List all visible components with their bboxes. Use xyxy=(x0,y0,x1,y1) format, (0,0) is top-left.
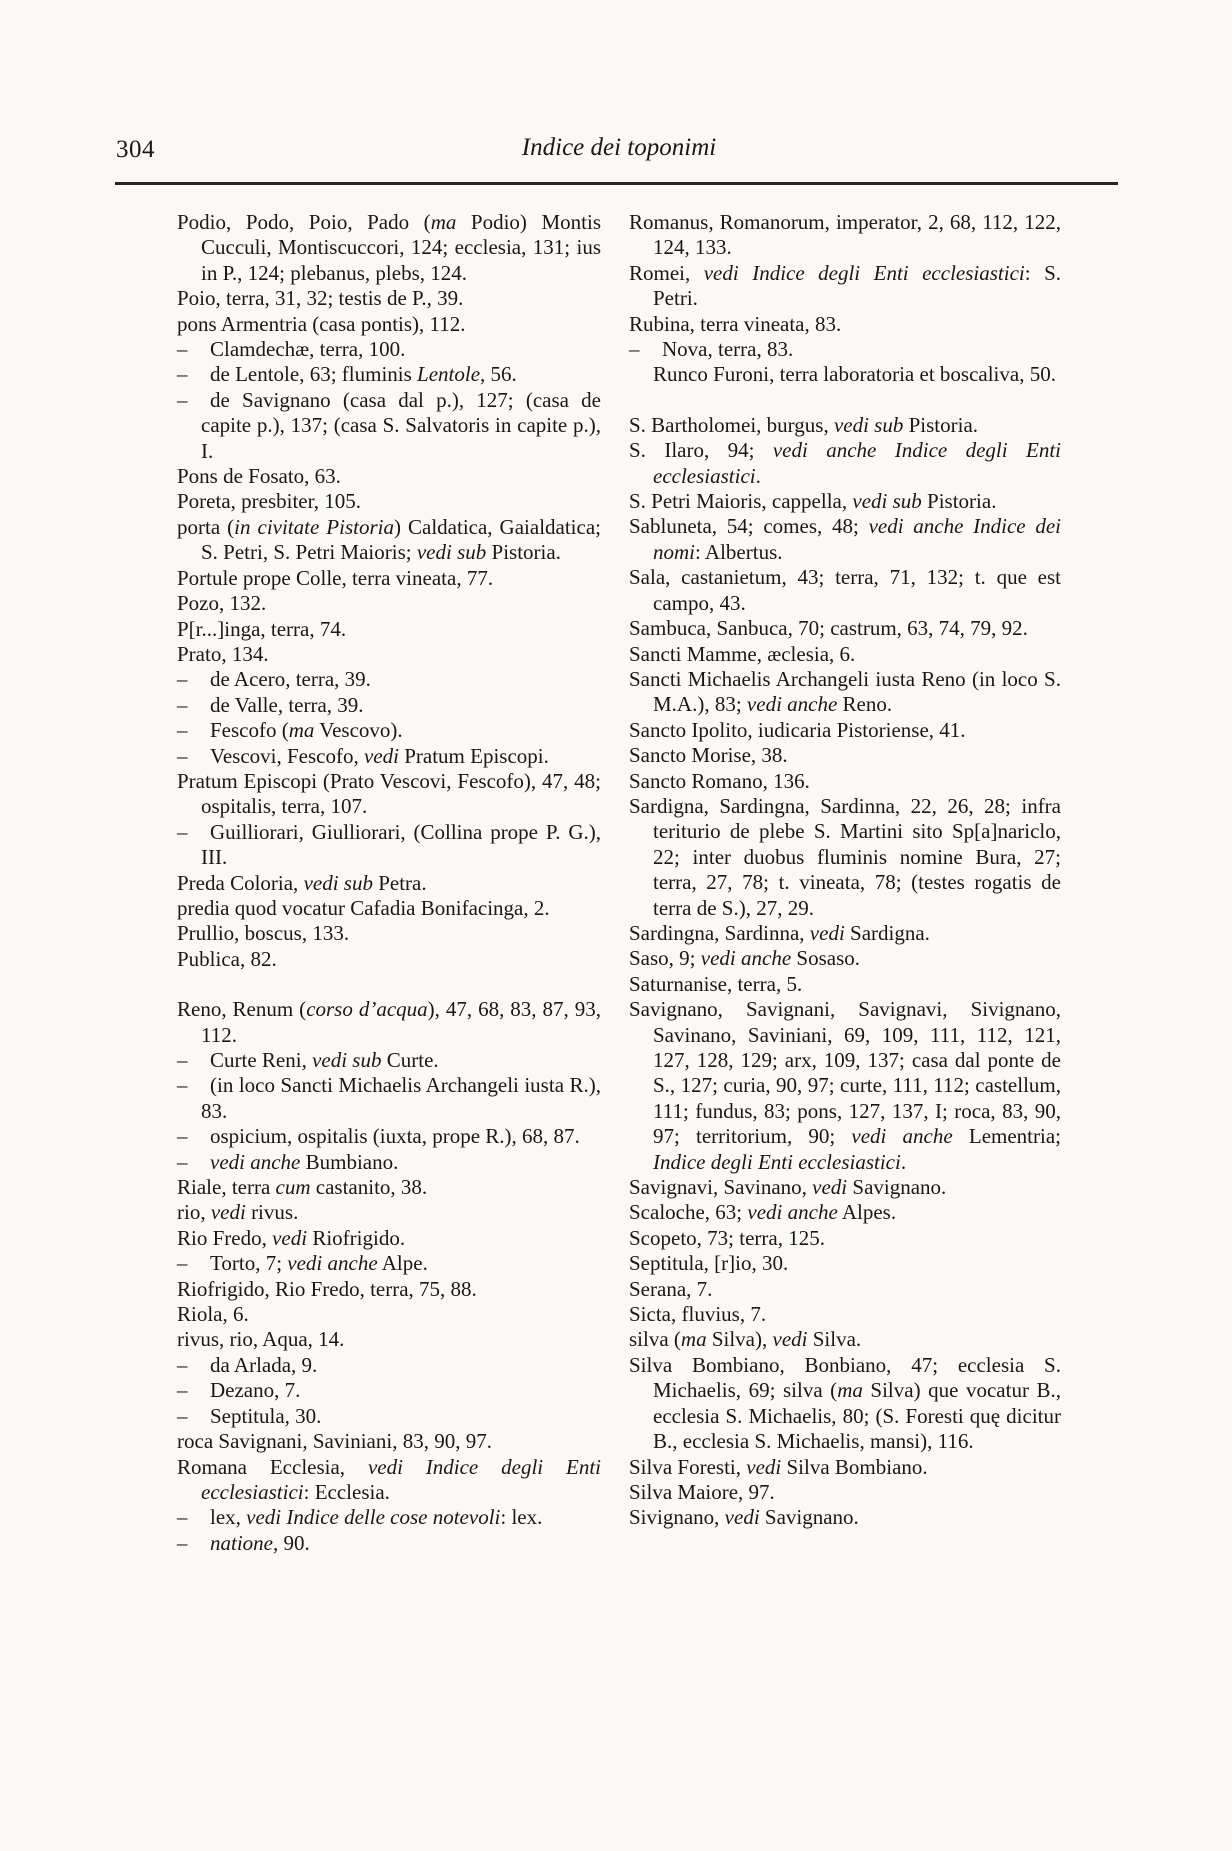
dash-marker: – xyxy=(177,1378,210,1403)
index-entry: Savignavi, Savinano, vedi Savignano. xyxy=(629,1175,1061,1200)
dash-marker: – xyxy=(177,1353,210,1378)
index-entry: –ospicium, ospitalis (iuxta, prope R.), … xyxy=(177,1124,601,1149)
dash-marker: – xyxy=(177,362,210,387)
index-entry: Portule prope Colle, terra vineata, 77. xyxy=(177,566,601,591)
index-entry: Romana Ecclesia, vedi Indice degli Enti … xyxy=(177,1455,601,1506)
index-entry: –Fescofo (ma Vescovo). xyxy=(177,718,601,743)
index-entry: –vedi anche Bumbiano. xyxy=(177,1150,601,1175)
index-entry: Sancto Romano, 136. xyxy=(629,769,1061,794)
index-entry: –Torto, 7; vedi anche Alpe. xyxy=(177,1251,601,1276)
dash-marker: – xyxy=(177,1048,210,1073)
index-entry: Sardigna, Sardingna, Sardinna, 22, 26, 2… xyxy=(629,794,1061,921)
index-entry: –de Savignano (casa dal p.), 127; (casa … xyxy=(177,388,601,464)
index-entry: Silva Foresti, vedi Silva Bombiano. xyxy=(629,1455,1061,1480)
dash-marker: – xyxy=(177,388,210,413)
index-entry: –Nova, terra, 83. xyxy=(629,337,1061,362)
dash-marker: – xyxy=(177,820,210,845)
index-entry: Poreta, presbiter, 105. xyxy=(177,489,601,514)
index-entry: Sancti Mamme, æclesia, 6. xyxy=(629,642,1061,667)
index-entry: Rubina, terra vineata, 83. xyxy=(629,312,1061,337)
dash-marker: – xyxy=(629,337,662,362)
dash-marker: – xyxy=(177,1150,210,1175)
page-number: 304 xyxy=(116,136,155,164)
scanned-book-page: { "page": { "number": "304", "title": "I… xyxy=(0,0,1232,1851)
dash-marker: – xyxy=(177,1073,210,1098)
index-entry: Serana, 7. xyxy=(629,1277,1061,1302)
dash-marker: – xyxy=(177,667,210,692)
index-entry: P[r...]inga, terra, 74. xyxy=(177,617,601,642)
index-entry: –Curte Reni, vedi sub Curte. xyxy=(177,1048,601,1073)
index-entry: rivus, rio, Aqua, 14. xyxy=(177,1327,601,1352)
index-entry: Sambuca, Sanbuca, 70; castrum, 63, 74, 7… xyxy=(629,616,1061,641)
index-entry: Romei, vedi Indice degli Enti ecclesiast… xyxy=(629,261,1061,312)
index-entry: –natione, 90. xyxy=(177,1531,601,1556)
index-entry: Silva Bombiano, Bonbiano, 47; ecclesia S… xyxy=(629,1353,1061,1455)
index-entry: Romanus, Romanorum, imperator, 2, 68, 11… xyxy=(629,210,1061,261)
index-entry: Sala, castanietum, 43; terra, 71, 132; t… xyxy=(629,565,1061,616)
index-entry: pons Armentria (casa pontis), 112. xyxy=(177,312,601,337)
index-entry: Saso, 9; vedi anche Sosaso. xyxy=(629,946,1061,971)
index-entry: Riale, terra cum castanito, 38. xyxy=(177,1175,601,1200)
dash-marker: – xyxy=(177,718,210,743)
index-entry: Riofrigido, Rio Fredo, terra, 75, 88. xyxy=(177,1277,601,1302)
index-entry: –de Lentole, 63; fluminis Lentole, 56. xyxy=(177,362,601,387)
index-entry: Sicta, fluvius, 7. xyxy=(629,1302,1061,1327)
index-entry: –(in loco Sancti Michaelis Archangeli iu… xyxy=(177,1073,601,1124)
index-entry: Saturnanise, terra, 5. xyxy=(629,972,1061,997)
index-column-right: Romanus, Romanorum, imperator, 2, 68, 11… xyxy=(629,210,1061,1531)
index-entry: Savignano, Savignani, Savignavi, Sivigna… xyxy=(629,997,1061,1175)
index-entry: –da Arlada, 9. xyxy=(177,1353,601,1378)
index-entry: Sivignano, vedi Savignano. xyxy=(629,1505,1061,1530)
index-entry: Sancto Ipolito, iudicaria Pistoriense, 4… xyxy=(629,718,1061,743)
index-entry: porta (in civitate Pistoria) Caldatica, … xyxy=(177,515,601,566)
index-entry: Sardingna, Sardinna, vedi Sardigna. xyxy=(629,921,1061,946)
index-entry: –Guilliorari, Giulliorari, (Collina prop… xyxy=(177,820,601,871)
index-entry: Pozo, 132. xyxy=(177,591,601,616)
index-entry: roca Savignani, Saviniani, 83, 90, 97. xyxy=(177,1429,601,1454)
index-entry: –Septitula, 30. xyxy=(177,1404,601,1429)
index-entry: Reno, Renum (corso d’acqua), 47, 68, 83,… xyxy=(177,997,601,1048)
index-entry: Sabluneta, 54; comes, 48; vedi anche Ind… xyxy=(629,514,1061,565)
page-title: Indice dei toponimi xyxy=(177,134,1061,162)
header-rule xyxy=(115,182,1118,185)
index-entry: predia quod vocatur Cafadia Bonifacinga,… xyxy=(177,896,601,921)
index-entry: Prullio, boscus, 133. xyxy=(177,921,601,946)
index-entry: Pratum Episcopi (Prato Vescovi, Fescofo)… xyxy=(177,769,601,820)
index-column-left: Podio, Podo, Poio, Pado (ma Podio) Monti… xyxy=(177,210,601,1556)
index-entry: Septitula, [r]io, 30. xyxy=(629,1251,1061,1276)
index-entry: –Dezano, 7. xyxy=(177,1378,601,1403)
dash-marker: – xyxy=(177,1251,210,1276)
dash-marker: – xyxy=(177,1531,210,1556)
index-entry: Runco Furoni, terra laboratoria et bosca… xyxy=(629,362,1061,387)
index-entry: Pons de Fosato, 63. xyxy=(177,464,601,489)
index-entry: Preda Coloria, vedi sub Petra. xyxy=(177,871,601,896)
index-entry: Podio, Podo, Poio, Pado (ma Podio) Monti… xyxy=(177,210,601,286)
dash-marker: – xyxy=(177,1404,210,1429)
index-entry: Poio, terra, 31, 32; testis de P., 39. xyxy=(177,286,601,311)
index-entry: –lex, vedi Indice delle cose notevoli: l… xyxy=(177,1505,601,1530)
index-entry: S. Ilaro, 94; vedi anche Indice degli En… xyxy=(629,438,1061,489)
dash-marker: – xyxy=(177,1124,210,1149)
index-entry: S. Bartholomei, burgus, vedi sub Pistori… xyxy=(629,413,1061,438)
index-entry: Prato, 134. xyxy=(177,642,601,667)
index-entry: –de Valle, terra, 39. xyxy=(177,693,601,718)
dash-marker: – xyxy=(177,693,210,718)
index-entry: Sancti Michaelis Archangeli iusta Reno (… xyxy=(629,667,1061,718)
index-entry: –de Acero, terra, 39. xyxy=(177,667,601,692)
index-entry: Sancto Morise, 38. xyxy=(629,743,1061,768)
dash-marker: – xyxy=(177,744,210,769)
index-entry: silva (ma Silva), vedi Silva. xyxy=(629,1327,1061,1352)
index-entry: Scaloche, 63; vedi anche Alpes. xyxy=(629,1200,1061,1225)
index-entry: Silva Maiore, 97. xyxy=(629,1480,1061,1505)
index-entry: Rio Fredo, vedi Riofrigido. xyxy=(177,1226,601,1251)
index-entry: Scopeto, 73; terra, 125. xyxy=(629,1226,1061,1251)
index-entry: Publica, 82. xyxy=(177,947,601,972)
index-entry: –Clamdechæ, terra, 100. xyxy=(177,337,601,362)
dash-marker: – xyxy=(177,337,210,362)
index-entry: rio, vedi rivus. xyxy=(177,1200,601,1225)
index-entry: Riola, 6. xyxy=(177,1302,601,1327)
index-entry: –Vescovi, Fescofo, vedi Pratum Episcopi. xyxy=(177,744,601,769)
dash-marker: – xyxy=(177,1505,210,1530)
index-entry: S. Petri Maioris, cappella, vedi sub Pis… xyxy=(629,489,1061,514)
